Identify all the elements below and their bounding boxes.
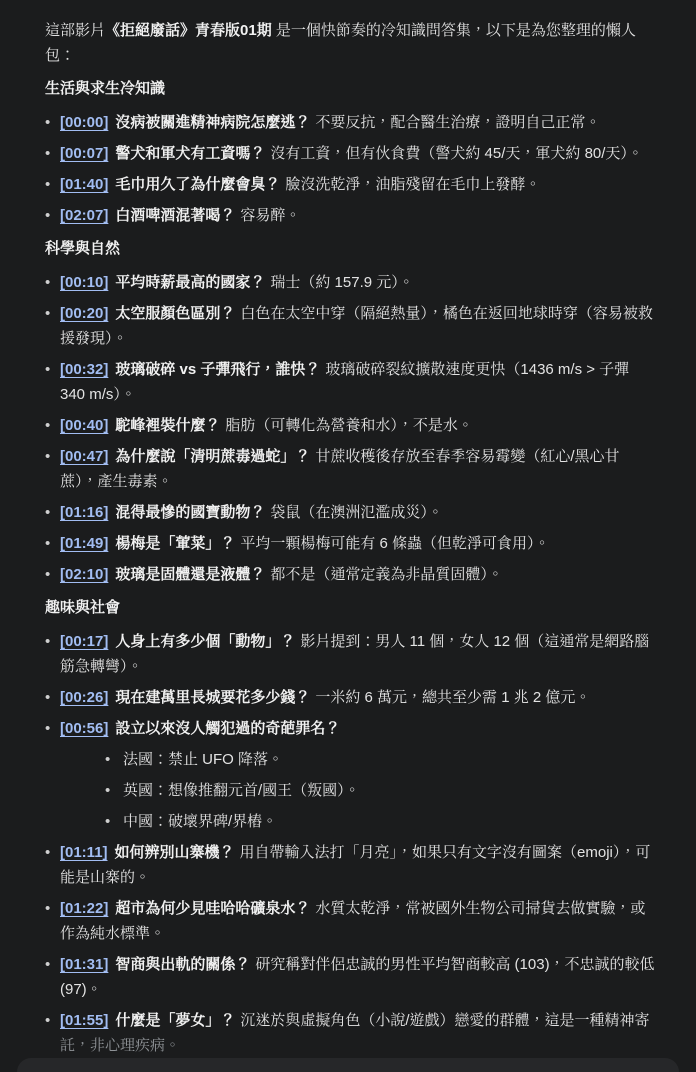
timestamp-link[interactable]: [00:47]: [60, 448, 108, 465]
list-item: [00:47]為什麼說「清明蔗毒過蛇」？甘蔗收穫後存放至春季容易霉變（紅心/黑心…: [45, 444, 656, 494]
list-item: [00:26]現在建萬里長城要花多少錢？一米約 6 萬元，總共至少需 1 兆 2…: [45, 685, 656, 710]
timestamp-link[interactable]: [01:16]: [60, 504, 108, 521]
video-title: 《拒絕廢話》青春版01期: [105, 22, 272, 39]
item-question: 太空服顏色區別？: [115, 305, 235, 322]
sublist-crimes: 法國：禁止 UFO 降落。 英國：想像推翻元首/國王（叛國）。 中國：破壞界碑/…: [105, 747, 656, 834]
list-item: [02:10]玻璃是固體還是液體？都不是（通常定義為非晶質固體）。: [45, 562, 656, 587]
item-question: 現在建萬里長城要花多少錢？: [115, 689, 310, 706]
input-bar[interactable]: [17, 1058, 679, 1072]
timestamp-link[interactable]: [01:22]: [60, 900, 108, 917]
timestamp-link[interactable]: [00:10]: [60, 274, 108, 291]
timestamp-link[interactable]: [00:00]: [60, 114, 108, 131]
subitem-text: 中國：破壞界碑/界樁。: [123, 813, 277, 830]
item-answer: 沒有工資，但有伙食費（警犬約 45/天，軍犬約 80/天）。: [270, 145, 643, 162]
chat-response-page: { "colors":{ "background":"#1b1c1d", "te…: [0, 0, 696, 1072]
timestamp-link[interactable]: [00:32]: [60, 361, 108, 378]
timestamp-link[interactable]: [02:07]: [60, 207, 108, 224]
sublist-item: 英國：想像推翻元首/國王（叛國）。: [105, 778, 656, 803]
list-item: [00:40]駝峰裡裝什麼？脂肪（可轉化為營養和水），不是水。: [45, 413, 656, 438]
item-question: 為什麼說「清明蔗毒過蛇」？: [115, 448, 310, 465]
item-question: 平均時薪最高的國家？: [115, 274, 265, 291]
list-item: [02:07]白酒啤酒混著喝？容易醉。: [45, 203, 656, 228]
subitem-text: 英國：想像推翻元首/國王（叛國）。: [123, 782, 360, 799]
sublist-item: 中國：破壞界碑/界樁。: [105, 809, 656, 834]
item-question: 毛巾用久了為什麼會臭？: [115, 176, 280, 193]
item-answer: 臉沒洗乾淨，油脂殘留在毛巾上發酵。: [285, 176, 540, 193]
timestamp-link[interactable]: [00:17]: [60, 633, 108, 650]
item-question: 什麼是「夢女」？: [115, 1012, 235, 1029]
intro-prefix: 這部影片: [45, 22, 105, 39]
item-answer: 袋鼠（在澳洲氾濫成災）。: [270, 504, 443, 521]
subitem-text: 法國：禁止 UFO 降落。: [123, 751, 283, 768]
item-question: 沒病被關進精神病院怎麼逃？: [115, 114, 310, 131]
section-heading-science: 科學與自然: [45, 236, 656, 261]
item-answer: 容易醉。: [240, 207, 300, 224]
section-heading-society: 趣味與社會: [45, 595, 656, 620]
sublist-item: 法國：禁止 UFO 降落。: [105, 747, 656, 772]
item-question: 人身上有多少個「動物」？: [115, 633, 295, 650]
list-item: [00:17]人身上有多少個「動物」？影片提到：男人 11 個，女人 12 個（…: [45, 629, 656, 679]
item-answer: 平均一顆楊梅可能有 6 條蟲（但乾淨可食用）。: [240, 535, 549, 552]
timestamp-link[interactable]: [01:40]: [60, 176, 108, 193]
list-item: [00:20]太空服顏色區別？白色在太空中穿（隔絕熱量），橘色在返回地球時穿（容…: [45, 301, 656, 351]
list-society: [00:17]人身上有多少個「動物」？影片提到：男人 11 個，女人 12 個（…: [45, 629, 656, 1058]
timestamp-link[interactable]: [00:26]: [60, 689, 108, 706]
timestamp-link[interactable]: [00:20]: [60, 305, 108, 322]
list-life: [00:00]沒病被關進精神病院怎麼逃？不要反抗，配合醫生治療，證明自己正常。 …: [45, 110, 656, 228]
item-question: 楊梅是「葷菜」？: [115, 535, 235, 552]
item-answer: 不要反抗，配合醫生治療，證明自己正常。: [315, 114, 600, 131]
list-item: [01:11]如何辨別山寨機？用自帶輸入法打「月亮」，如果只有文字沒有圖案（em…: [45, 840, 656, 890]
list-science: [00:10]平均時薪最高的國家？瑞士（約 157.9 元）。 [00:20]太…: [45, 270, 656, 587]
timestamp-link[interactable]: [02:10]: [60, 566, 108, 583]
item-answer: 一米約 6 萬元，總共至少需 1 兆 2 億元。: [315, 689, 590, 706]
list-item: [01:49]楊梅是「葷菜」？平均一顆楊梅可能有 6 條蟲（但乾淨可食用）。: [45, 531, 656, 556]
item-question: 設立以來沒人觸犯過的奇葩罪名？: [115, 720, 340, 737]
timestamp-link[interactable]: [01:31]: [60, 956, 108, 973]
item-answer: 脂肪（可轉化為營養和水），不是水。: [225, 417, 473, 434]
timestamp-link[interactable]: [00:40]: [60, 417, 108, 434]
timestamp-link[interactable]: [00:07]: [60, 145, 108, 162]
item-question: 玻璃是固體還是液體？: [115, 566, 265, 583]
item-question: 超市為何少見哇哈哈礦泉水？: [115, 900, 310, 917]
item-answer: 瑞士（約 157.9 元）。: [270, 274, 413, 291]
item-answer: 沉迷於與虛擬角色（小說/遊戲）戀愛的群體，這是一種精神寄: [240, 1012, 649, 1029]
list-item: [00:07]警犬和軍犬有工資嗎？沒有工資，但有伙食費（警犬約 45/天，軍犬約…: [45, 141, 656, 166]
item-answer-fading: 託，非心理疾病。: [60, 1037, 180, 1054]
list-item: [01:40]毛巾用久了為什麼會臭？臉沒洗乾淨，油脂殘留在毛巾上發酵。: [45, 172, 656, 197]
item-question: 白酒啤酒混著喝？: [115, 207, 235, 224]
timestamp-link[interactable]: [01:49]: [60, 535, 108, 552]
list-item: [01:31]智商與出軌的關係？研究稱對伴侶忠誠的男性平均智商較高 (103)，…: [45, 952, 656, 1002]
item-question: 警犬和軍犬有工資嗎？: [115, 145, 265, 162]
item-question: 如何辨別山寨機？: [115, 844, 235, 861]
item-question: 駝峰裡裝什麼？: [115, 417, 220, 434]
item-question: 智商與出軌的關係？: [115, 956, 250, 973]
item-question: 混得最慘的國寶動物？: [115, 504, 265, 521]
list-item: [01:16]混得最慘的國寶動物？袋鼠（在澳洲氾濫成災）。: [45, 500, 656, 525]
list-item: [00:32]玻璃破碎 vs 子彈飛行，誰快？玻璃破碎裂紋擴散速度更快（1436…: [45, 357, 656, 407]
timestamp-link[interactable]: [00:56]: [60, 720, 108, 737]
list-item: [00:56]設立以來沒人觸犯過的奇葩罪名？ 法國：禁止 UFO 降落。 英國：…: [45, 716, 656, 834]
list-item: [01:22]超市為何少見哇哈哈礦泉水？水質太乾淨，常被國外生物公司掃貨去做實驗…: [45, 896, 656, 946]
item-answer: 都不是（通常定義為非晶質固體）。: [270, 566, 503, 583]
timestamp-link[interactable]: [01:11]: [60, 844, 108, 861]
list-item: [00:00]沒病被關進精神病院怎麼逃？不要反抗，配合醫生治療，證明自己正常。: [45, 110, 656, 135]
item-question: 玻璃破碎 vs 子彈飛行，誰快？: [115, 361, 320, 378]
intro-paragraph: 這部影片《拒絕廢話》青春版01期 是一個快節奏的冷知識問答集，以下是為您整理的懶…: [45, 18, 656, 68]
list-item: [01:55]什麼是「夢女」？沉迷於與虛擬角色（小說/遊戲）戀愛的群體，這是一種…: [45, 1008, 656, 1058]
section-heading-life: 生活與求生冷知識: [45, 76, 656, 101]
timestamp-link[interactable]: [01:55]: [60, 1012, 108, 1029]
list-item: [00:10]平均時薪最高的國家？瑞士（約 157.9 元）。: [45, 270, 656, 295]
